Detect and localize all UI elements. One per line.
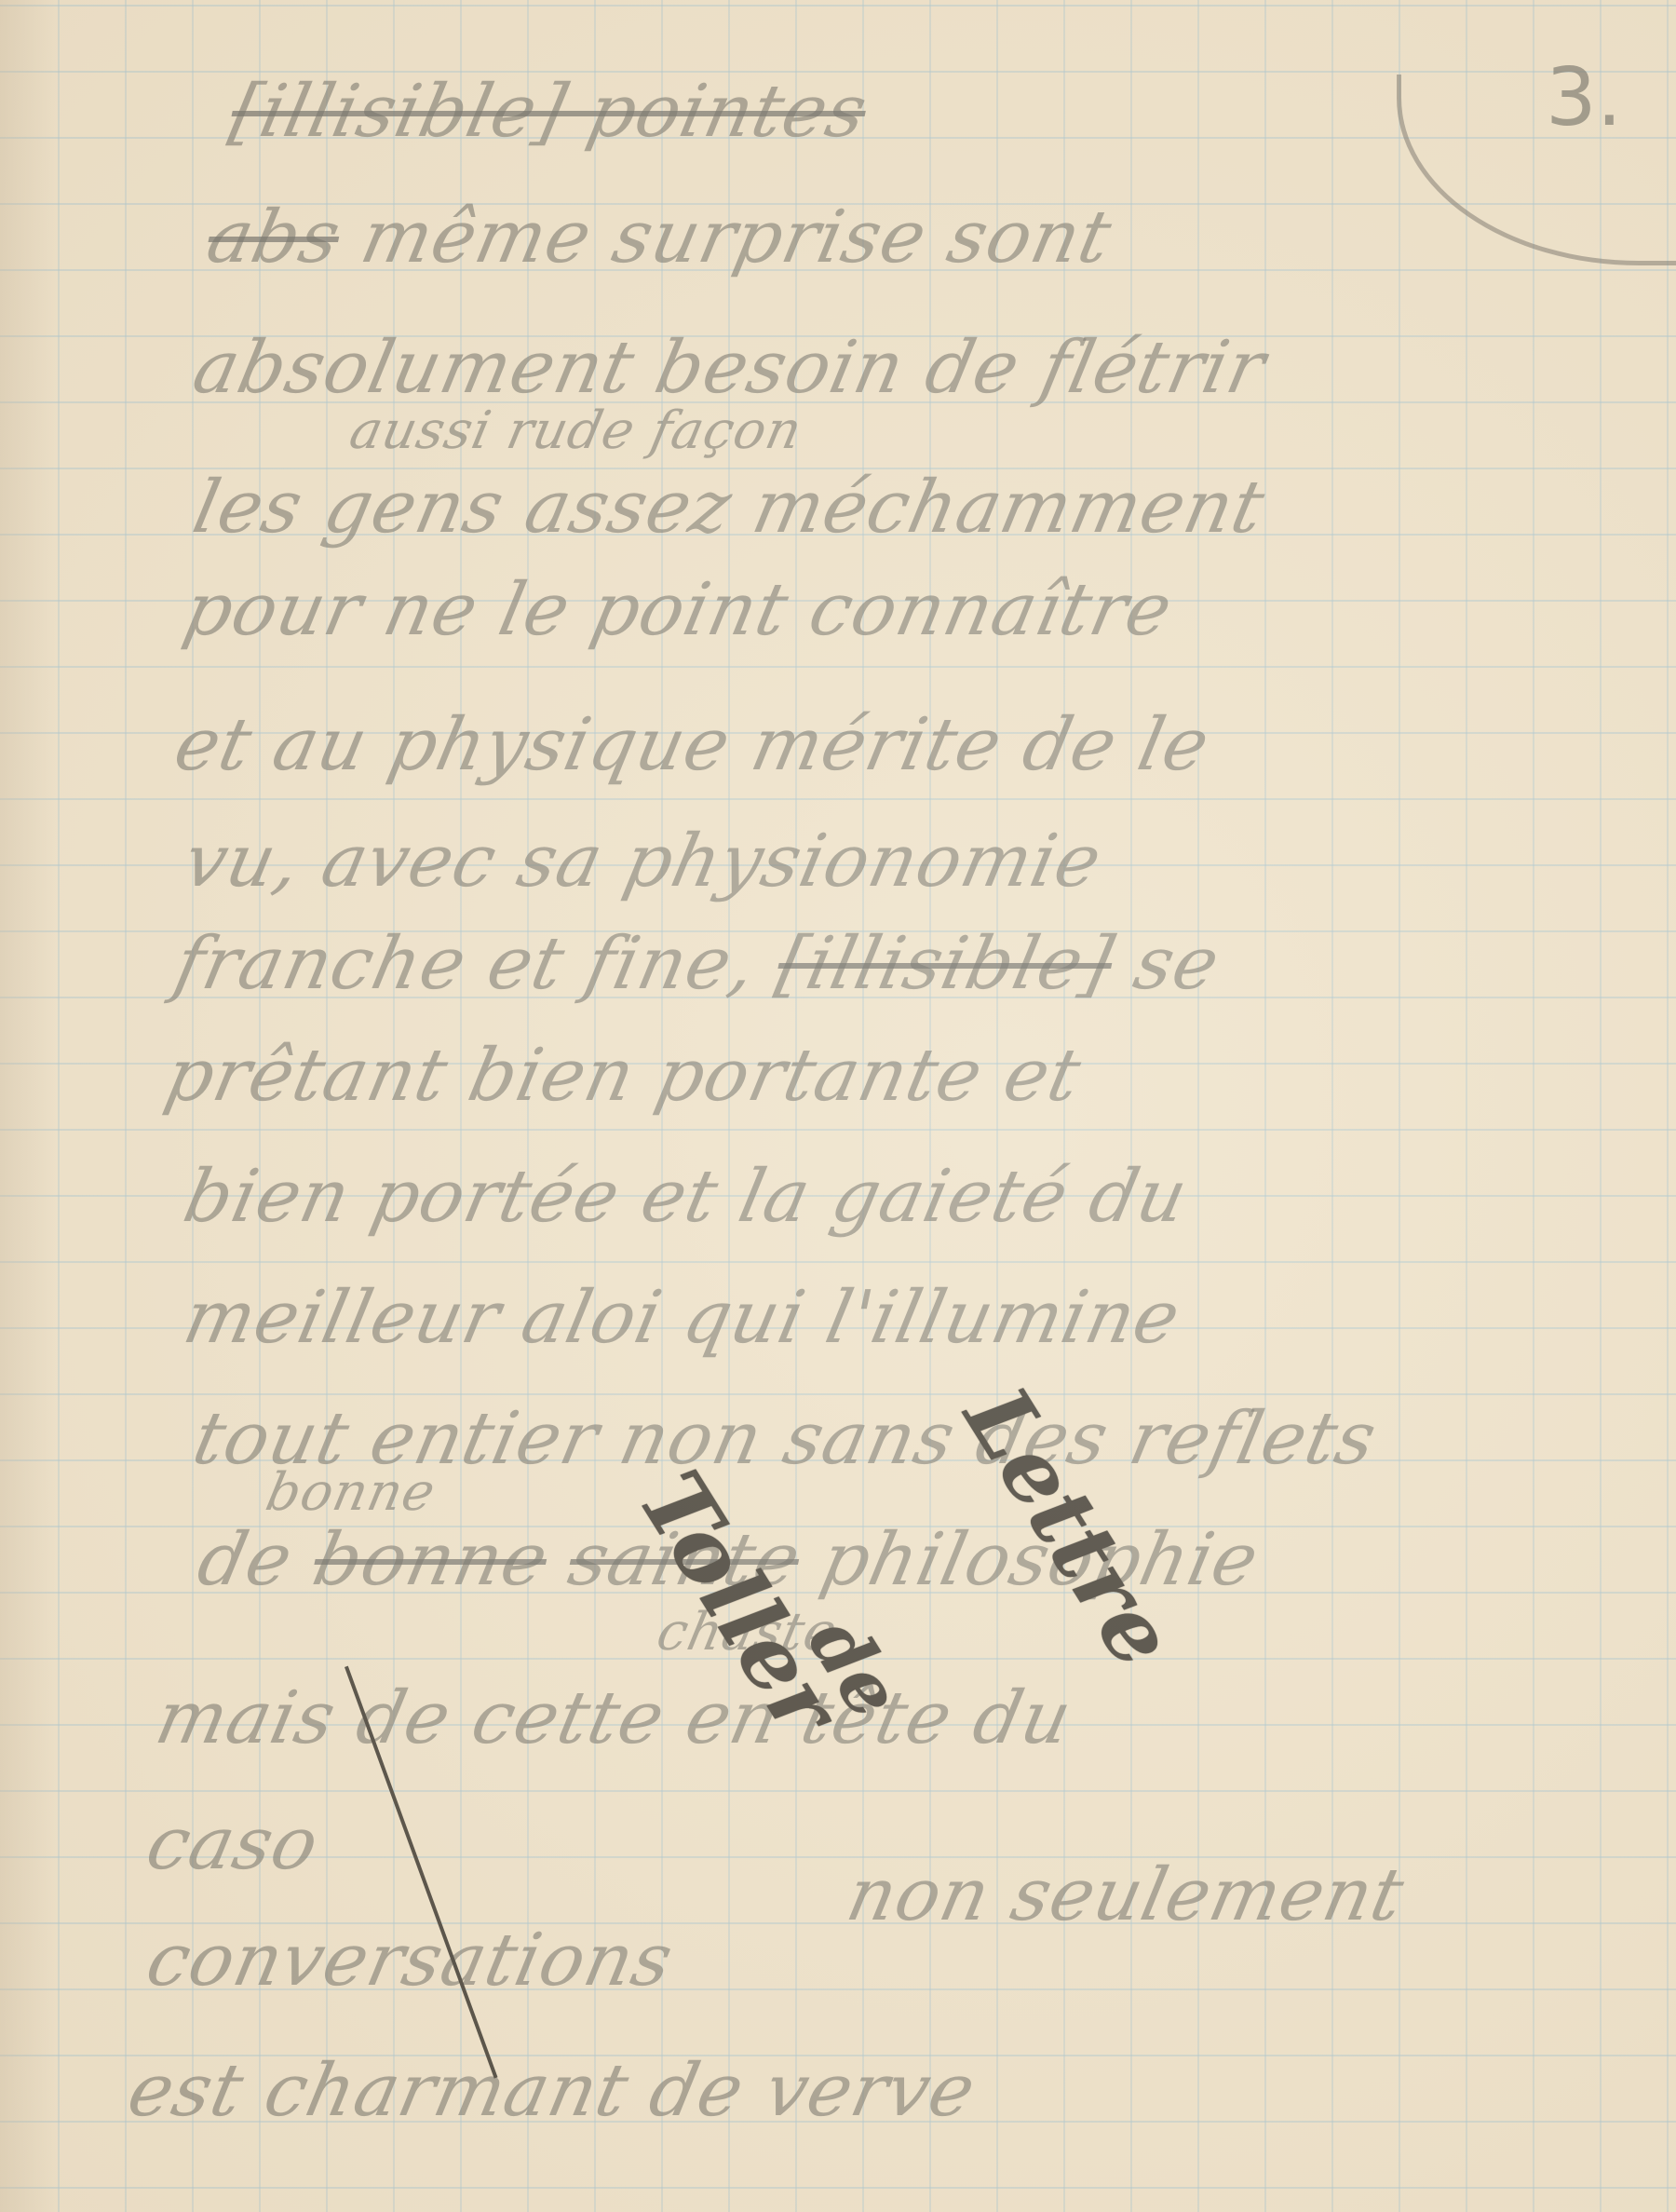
line-text: caso <box>140 1802 326 1886</box>
line-text: conversations <box>140 1919 681 2002</box>
line-text: absolument besoin de flétrir <box>186 326 1273 410</box>
manuscript-line-9: franche et fine, [illisible] se <box>168 922 1227 1006</box>
line-text: mais de cette en tête du <box>149 1676 1079 1760</box>
manuscript-line-7: et au physique mérite de le <box>168 703 1217 787</box>
manuscript-line-12: meilleur aloi qui l'illumine <box>177 1276 1187 1360</box>
line-text: vu, avec sa physionomie <box>177 820 1109 903</box>
line-text: [illisible] pointes <box>223 70 874 154</box>
line-text: meilleur aloi qui l'illumine <box>177 1276 1187 1360</box>
line-text: pour ne le point connaître <box>177 568 1180 652</box>
struck-word: bonne <box>306 1518 556 1602</box>
manuscript-line-8: vu, avec sa physionomie <box>177 820 1109 903</box>
page-number: 3. <box>1546 51 1622 144</box>
line-tail: se <box>1127 922 1226 1006</box>
manuscript-insertion-1: aussi rude façon <box>345 400 807 461</box>
line-text: bonne <box>261 1462 441 1523</box>
manuscript-line-11: bien portée et la gaieté du <box>177 1155 1195 1239</box>
line-text: de <box>191 1518 300 1602</box>
line-tail: non seulement <box>840 1853 1412 1937</box>
struck-word: abs <box>200 196 348 279</box>
line-text: aussi rude façon <box>345 400 807 461</box>
manuscript-line-3: absolument besoin de flétrir <box>186 326 1273 410</box>
line-text: les gens assez méchamment <box>186 466 1272 550</box>
line-text: est charmant de verve <box>121 2049 983 2133</box>
manuscript-line-18: conversations non seulement <box>140 1919 1398 2002</box>
manuscript-page: 3. [illisible] pointes abs même surprise… <box>0 0 1676 2212</box>
struck-word: [illisible] <box>770 922 1121 1006</box>
manuscript-line-1: [illisible] pointes <box>223 70 874 154</box>
page-number-bracket <box>1397 75 1676 265</box>
line-text: et au physique mérite de le <box>168 703 1217 787</box>
line-text: même surprise sont <box>354 196 1118 279</box>
manuscript-line-16: mais de cette en tête du <box>149 1676 1079 1760</box>
line-text: franche et fine, <box>168 922 764 1006</box>
manuscript-line-17: caso <box>140 1802 326 1886</box>
manuscript-line-10: prêtant bien portante et <box>158 1034 1088 1118</box>
manuscript-line-6: pour ne le point connaître <box>177 568 1180 652</box>
manuscript-insertion-2: bonne <box>261 1462 441 1523</box>
line-text: bien portée et la gaieté du <box>177 1155 1195 1239</box>
manuscript-line-19: est charmant de verve <box>121 2049 983 2133</box>
manuscript-line-2: abs même surprise sont <box>200 196 1119 279</box>
line-text: prêtant bien portante et <box>158 1034 1088 1118</box>
manuscript-line-5: les gens assez méchamment <box>186 466 1272 550</box>
